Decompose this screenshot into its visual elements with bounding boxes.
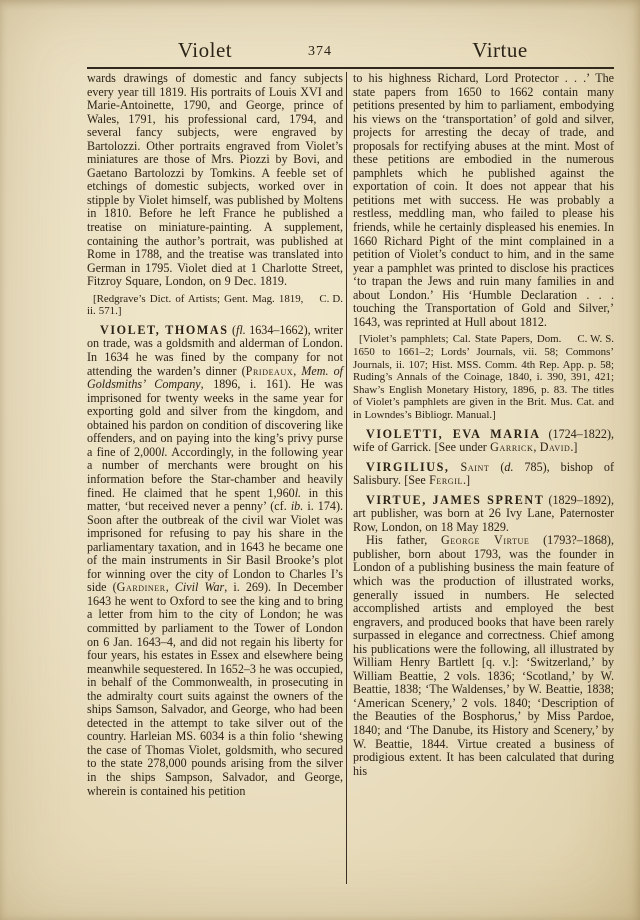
text-run: ( xyxy=(229,323,236,337)
right-column: to his highness Richard, Lord Protector … xyxy=(347,72,614,884)
entry-headword: VIRTUE, JAMES SPRENT xyxy=(366,493,544,507)
author-initials: C. W. S. xyxy=(561,333,614,346)
entry-headword: VIOLETTI, EVA MARIA xyxy=(366,427,541,441)
running-title-left: Violet xyxy=(178,38,232,63)
entry-virtue-james-sprent: VIRTUE, JAMES SPRENT (1829–1892), art pu… xyxy=(353,494,614,535)
text-run: Fergil xyxy=(429,473,463,487)
text-run: , xyxy=(166,580,175,594)
text-run: wards drawings of domestic and fancy sub… xyxy=(87,71,343,288)
text-run: fl. xyxy=(236,323,246,337)
text-run: Civil War xyxy=(175,580,224,594)
text-run: Gardiner xyxy=(117,580,166,594)
text-run: David xyxy=(540,440,571,454)
violet-article-continuation: wards drawings of domestic and fancy sub… xyxy=(87,72,343,289)
text-run: Garrick xyxy=(490,440,533,454)
text-run: , i. 269). In December 1643 he went to O… xyxy=(87,580,343,797)
text-run: [Violet’s pamphlets; Cal. State Papers, … xyxy=(353,333,614,421)
running-title-right: Virtue xyxy=(472,38,527,63)
text-run: .] xyxy=(463,473,470,487)
entry-violetti-eva-maria: VIOLETTI, EVA MARIA (1724–1822), wife of… xyxy=(353,428,614,455)
entry-headword: VIOLET, THOMAS xyxy=(100,323,229,337)
text-run: to his highness Richard, Lord Protector … xyxy=(353,71,614,329)
text-run: Prideaux xyxy=(246,364,294,378)
entry-headword: VIRGILIUS, xyxy=(366,460,450,474)
text-run: George Virtue xyxy=(441,533,529,547)
scanned-book-page: Violet 374 Virtue wards drawings of dome… xyxy=(0,0,640,920)
text-columns: wards drawings of domestic and fancy sub… xyxy=(87,72,614,884)
entry-violet-thomas: VIOLET, THOMAS (fl. 1634–1662), writer o… xyxy=(87,324,343,798)
virtue-george-paragraph: His father, George Virtue (1793?–1868), … xyxy=(353,534,614,778)
redgrave-citation: C. D.[Redgrave’s Dict. of Artists; Gent.… xyxy=(87,293,343,318)
left-column: wards drawings of domestic and fancy sub… xyxy=(87,72,346,884)
entry-virgilius: VIRGILIUS, Saint (d. 785), bishop of Sal… xyxy=(353,461,614,488)
text-run: d. xyxy=(504,460,513,474)
text-run: ib. xyxy=(291,499,303,513)
author-initials: C. D. xyxy=(303,293,343,306)
text-run: [Redgrave’s Dict. of Artists; Gent. Mag.… xyxy=(87,293,303,318)
text-run: (1793?–1868), publisher, born about 1793… xyxy=(353,533,614,777)
violet-thomas-continuation: to his highness Richard, Lord Protector … xyxy=(353,72,614,329)
text-run: His father, xyxy=(366,533,441,547)
page-number: 374 xyxy=(308,44,332,60)
text-run: .] xyxy=(570,440,577,454)
violet-pamphlets-citation: C. W. S.[Violet’s pamphlets; Cal. State … xyxy=(353,333,614,421)
text-run: ( xyxy=(489,460,504,474)
text-run: Saint xyxy=(461,460,490,474)
header-rule xyxy=(87,67,614,69)
text-run xyxy=(450,460,461,474)
